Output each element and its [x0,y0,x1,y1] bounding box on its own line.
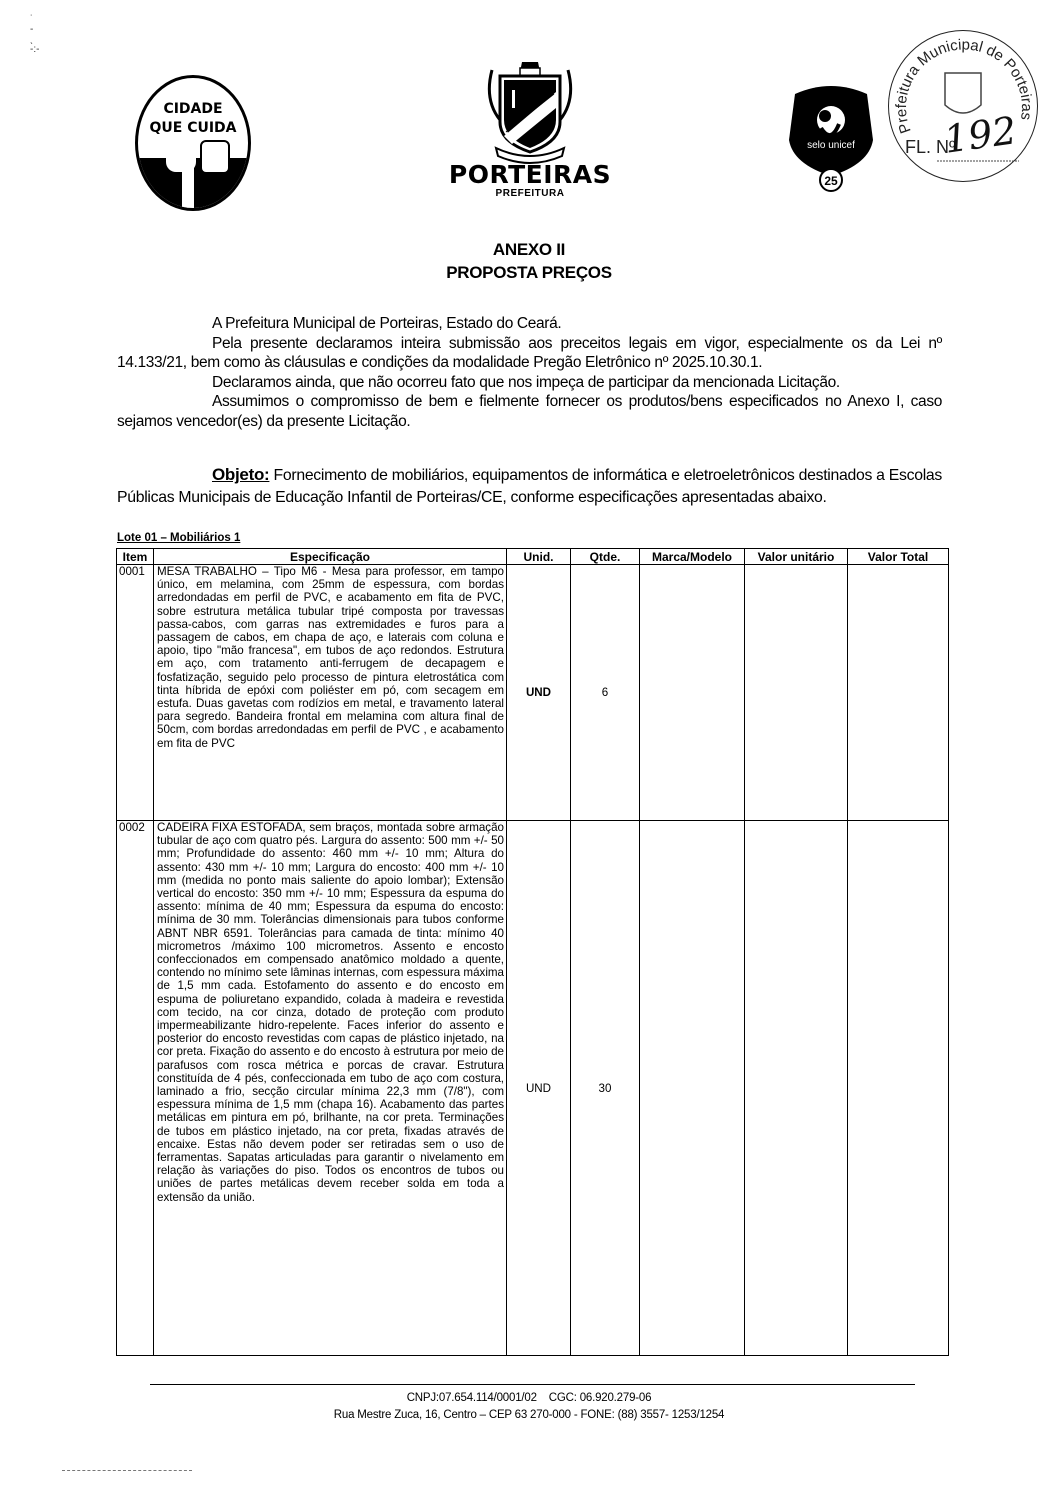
objeto-label: Objeto: [212,465,269,484]
item-number: 0002 [117,821,154,1356]
cidade-que-cuida-logo: CIDADE QUE CUIDA [135,75,251,211]
item-brand-model[interactable] [640,565,745,821]
footer-cnpj: CNPJ:07.654.114/0001/02 CGC: 06.920.279-… [0,1390,1058,1407]
table-row: 0002 CADEIRA FIXA ESTOFADA, sem braços, … [117,821,949,1356]
svg-text:25: 25 [824,174,838,188]
col-unit-price: Valor unitário [745,549,848,565]
paragraph: Assumimos o compromisso de bem e fielmen… [117,392,942,431]
item-unit: UND [507,821,571,1356]
objeto-section: Objeto: Fornecimento de mobiliários, equ… [117,464,942,509]
scan-marks-bottom [62,1470,192,1471]
svg-text:selo unicef: selo unicef [807,140,855,151]
item-unit-price[interactable] [745,565,848,821]
item-number: 0001 [117,565,154,821]
annex-heading: ANEXO II [0,238,1058,261]
item-quantity: 6 [571,565,640,821]
declaration-text: A Prefeitura Municipal de Porteiras, Est… [117,314,942,431]
scan-marks: ˙-ˎ-:- [30,15,39,55]
brand-name: PORTEIRAS [440,162,620,188]
items-table: Item Especificação Unid. Qtde. Marca/Mod… [116,548,949,1356]
porteiras-crest-icon [482,60,578,165]
logo-text-line2: QUE CUIDA [138,119,248,138]
table-row: 0001 MESA TRABALHO – Tipo M6 - Mesa para… [117,565,949,821]
house-badge-icon [200,140,230,174]
item-unit: UND [507,565,571,821]
item-unit-price[interactable] [745,821,848,1356]
lote-title: Lote 01 – Mobiliários 1 [117,532,240,544]
logo-text-line1: CIDADE [138,100,248,119]
col-unit: Unid. [507,549,571,565]
paragraph: Declaramos ainda, que não ocorreu fato q… [117,373,942,393]
table-header-row: Item Especificação Unid. Qtde. Marca/Mod… [117,549,949,565]
item-specification: CADEIRA FIXA ESTOFADA, sem braços, monta… [154,821,507,1356]
item-total-price[interactable] [848,821,949,1356]
item-specification: MESA TRABALHO – Tipo M6 - Mesa para prof… [154,565,507,821]
col-quantity: Qtde. [571,549,640,565]
municipal-stamp: Prefeitura Municipal de Porteiras FL. Nº… [888,30,1038,182]
unicef-seal-icon: selo unicef 25 [785,80,877,192]
document-title: ANEXO II PROPOSTA PREÇOS [0,238,1058,284]
footer-divider [150,1384,915,1385]
proposal-heading: PROPOSTA PREÇOS [0,261,1058,284]
item-total-price[interactable] [848,565,949,821]
footer: CNPJ:07.654.114/0001/02 CGC: 06.920.279-… [0,1390,1058,1424]
col-item: Item [117,549,154,565]
col-specification: Especificação [154,549,507,565]
item-brand-model[interactable] [640,821,745,1356]
brand-subtitle: PREFEITURA [440,188,620,200]
col-total-price: Valor Total [848,549,949,565]
paragraph: Pela presente declaramos inteira submiss… [117,334,942,373]
col-brand-model: Marca/Modelo [640,549,745,565]
item-quantity: 30 [571,821,640,1356]
paragraph: A Prefeitura Municipal de Porteiras, Est… [117,314,942,334]
footer-address: Rua Mestre Zuca, 16, Centro – CEP 63 270… [0,1407,1058,1424]
